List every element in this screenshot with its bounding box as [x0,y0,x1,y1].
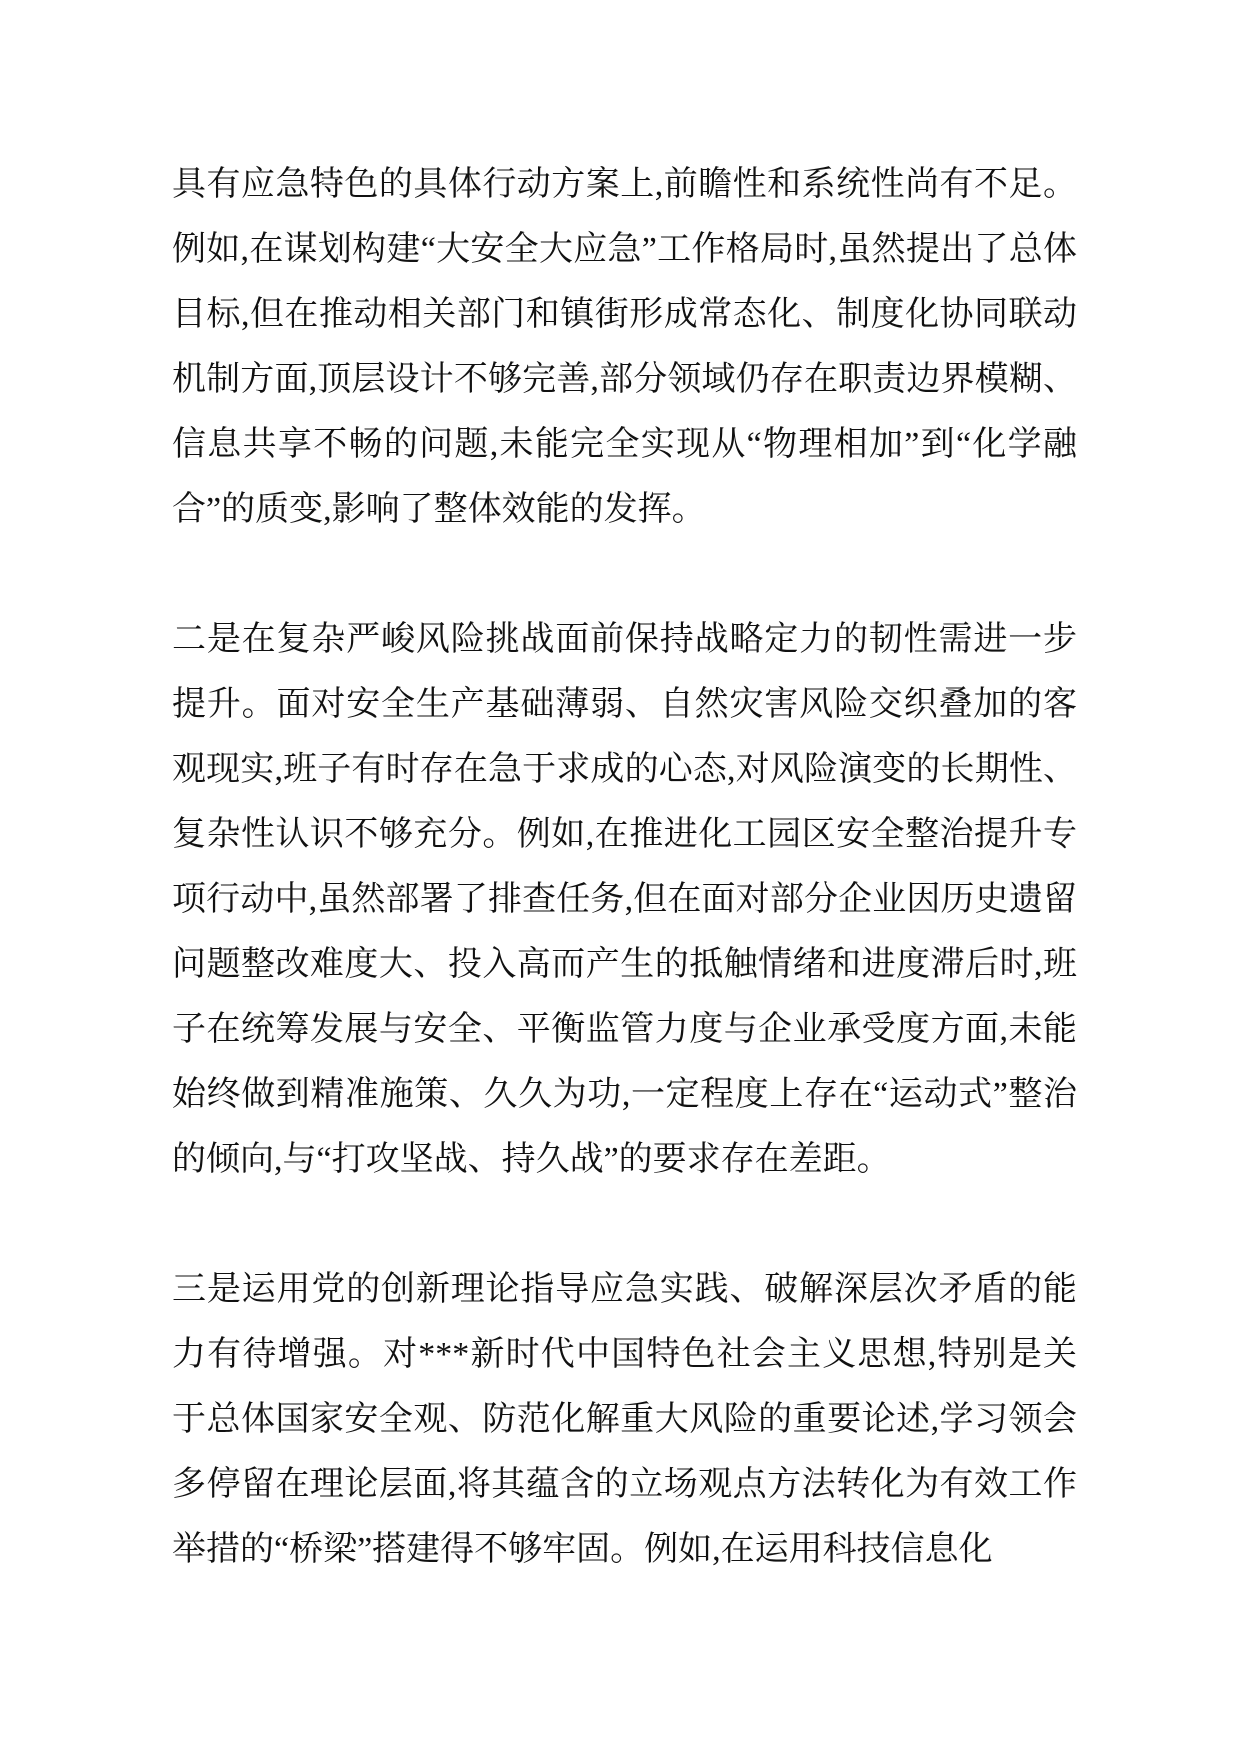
document-page: 具有应急特色的具体行动方案上,前瞻性和系统性尚有不足。例如,在谋划构建“大安全大… [0,0,1240,1753]
paragraph-point-three: 三是运用党的创新理论指导应急实践、破解深层次矛盾的能力有待增强。对***新时代中… [172,1257,1077,1582]
document-body-text: 具有应急特色的具体行动方案上,前瞻性和系统性尚有不足。例如,在谋划构建“大安全大… [172,152,1077,1582]
paragraph-point-two: 二是在复杂严峻风险挑战面前保持战略定力的韧性需进一步提升。面对安全生产基础薄弱、… [172,607,1077,1192]
paragraph-continuation: 具有应急特色的具体行动方案上,前瞻性和系统性尚有不足。例如,在谋划构建“大安全大… [172,152,1077,542]
